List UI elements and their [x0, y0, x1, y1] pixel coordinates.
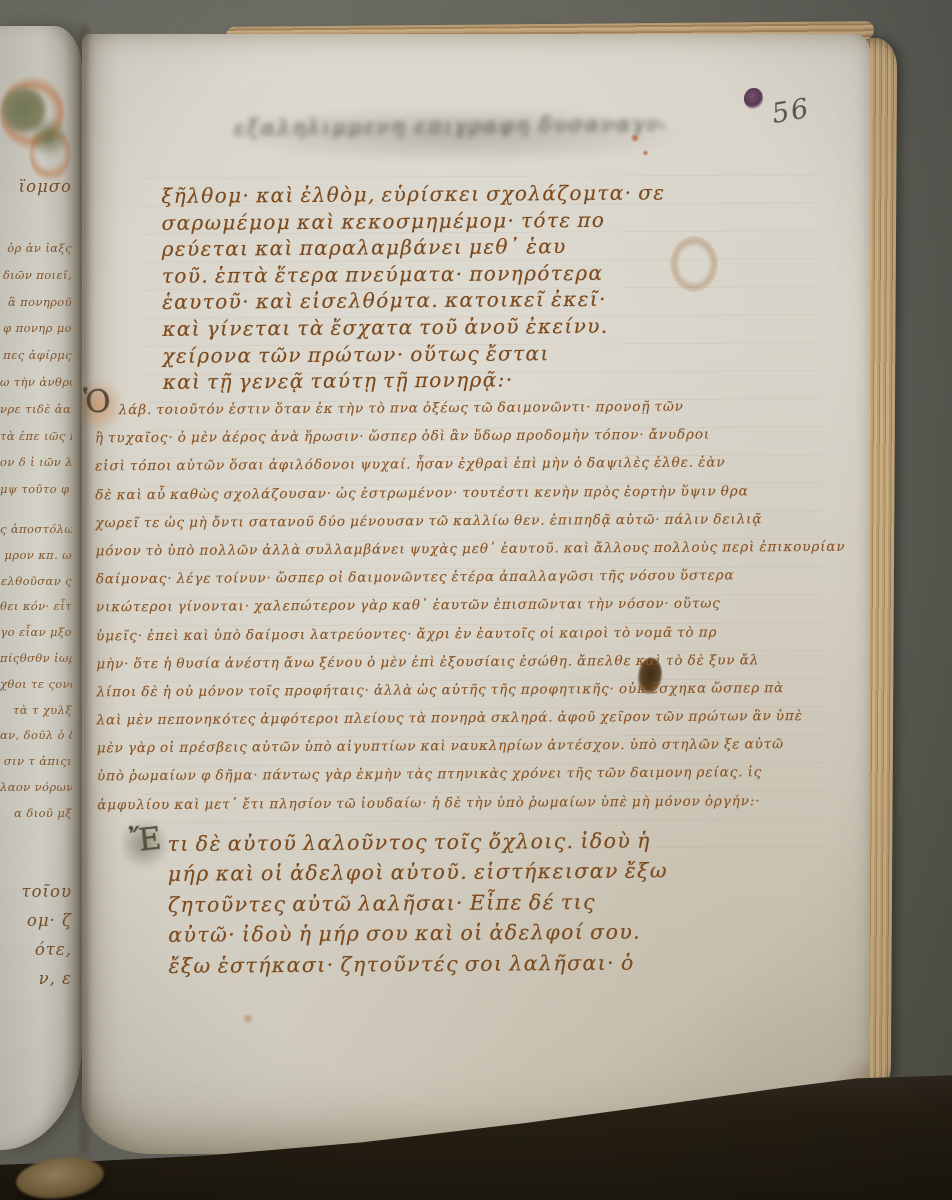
facing-page-text-fragment: χθοι τε ςονότι [0, 672, 72, 698]
decorated-initial-epsilon: Ἔ [128, 820, 163, 859]
facing-page-text-fragment: ϊομσο [0, 172, 72, 201]
facing-page-text-fragment: τὰ ἐπε ιῶς π [0, 423, 72, 450]
facing-page-text-fragment: γο εἶαν μξο [0, 620, 72, 646]
manuscript-page: εξαληλιμμενη επιγραφη δυσαναγνωστος τελο… [82, 34, 870, 1154]
facing-page-text-fragment: πες ἀφίρμς [0, 342, 72, 369]
facing-page-text-fragment: μρον κπ. ω [0, 543, 72, 569]
commentary-text-block: λάβ. τοιοῦτόν ἐστιν ὅταν ἐκ τὴν τὸ πνα ὀ… [95, 398, 866, 825]
gospel-line: ξῆλθομ· καὶ ἐλθὸμ, εὑρίσκει σχολάζομτα· … [161, 180, 701, 210]
facing-page-text-fragment: ν, ε [0, 964, 72, 993]
gospel-line: τοῦ. ἑπτὰ ἕτερα πνεύματα· πονηρότερα [162, 260, 702, 290]
purple-ink-blot [744, 88, 763, 109]
gospel-line: αὐτῶ· ἰδοὺ ἡ μήρ σου καὶ οἱ ἀδελφοί σου. [168, 919, 708, 953]
gospel-text-block-1: ξῆλθομ· καὶ ἐλθὸμ, εὑρίσκει σχολάζομτα· … [161, 180, 702, 397]
facing-page-text-fragment: διῶν ποιεῖ, [0, 262, 72, 289]
facing-page-text-fragment: νρε τιδὲ ἀατ [0, 396, 72, 423]
facing-page-text-fragment: τὰ τ χυλξ [0, 698, 72, 724]
facing-page-text-fragment: πίςθσθν ἰωρ [0, 646, 72, 672]
facing-page-text-fragment: ον δ ἰ ιῶν λν [0, 449, 72, 476]
gospel-text-block-2: τι δὲ αὐτοῦ λαλοῦντος τοῖς ὄχλοις. ἰδοὺ … [167, 828, 708, 984]
facing-page-text-fragment: ς ἀποστόλω [0, 517, 72, 543]
facing-page-text-fragment: φ πονηρ μο [0, 315, 72, 342]
folio-number: 56 [770, 93, 813, 130]
gospel-line: καὶ γίνεται τὰ ἔσχατα τοῦ ἀνοῦ ἐκείνυ. [162, 313, 702, 343]
facing-page-text-fragments: ϊομσο ὁρ ἀν ἰαξς διῶν ποιεῖ, ἃ πονηροῦ φ… [0, 172, 72, 1032]
gospel-line: ἔξω ἑστήκασι· ζητοῦντές σοι λαλῆσαι· ὁ [168, 950, 708, 984]
gospel-line: τι δὲ αὐτοῦ λαλοῦντος τοῖς ὄχλοις. ἰδοὺ … [167, 828, 707, 862]
gospel-line: καὶ τῇ γενεᾷ ταύτῃ τῇ πονηρᾷ:· [163, 366, 703, 396]
facing-page-text-fragment: ότε, [0, 935, 72, 964]
facing-page-text-fragment: ὁρ ἀν ἰαξς [0, 235, 72, 262]
facing-page-text-fragment: ἃ πονηροῦ [0, 289, 72, 316]
facing-page-text-fragment: τοῖου [0, 877, 72, 906]
foxing-spot [242, 1014, 254, 1023]
facing-page-text-fragment: μψ τοῦτο φ κη [0, 476, 72, 503]
manuscript-photo: { "manuscript": { "folio_number": "56", … [0, 0, 952, 1200]
gospel-line: σαρωμέμομ καὶ κεκοσμημέμομ· τότε πο [161, 207, 701, 237]
gutter-shadow [76, 26, 92, 1154]
gospel-line: ζητοῦντες αὐτῶ λαλῆσαι· Εἶπε δέ τις [168, 889, 708, 923]
facing-page-text-fragment: α διοῦ μξ [0, 801, 72, 827]
facing-page-text-fragment: θει κόν· εἶτα [0, 594, 72, 620]
erased-heading-text: εξαληλιμμενη επιγραφη δυσαναγνωστος τελο… [234, 112, 664, 165]
gospel-line: ἑαυτοῦ· καὶ εἰσελθόμτα. κατοικεῖ ἐκεῖ· [162, 286, 702, 316]
foxing-spot [630, 134, 640, 142]
facing-page-text-fragment: σιν τ ἀπιςι [0, 749, 72, 775]
mold-stain-green [32, 114, 66, 160]
foxing-spot [642, 150, 649, 156]
commentary-line: ἀμφυλίου καὶ μετ᾽ ἔτι πλησίον τῶ ἰουδαίω… [97, 792, 865, 825]
gospel-line: ρεύεται καὶ παραλαμβάνει μεθ᾽ ἑαυ [162, 233, 702, 263]
facing-page-text-fragment: ομ· ζ [0, 906, 72, 935]
gospel-line: χείρονα τῶν πρώτων· οὕτως ἔσται [162, 340, 702, 370]
gospel-line: μήρ καὶ οἱ ἀδελφοὶ αὐτοῦ. εἱστήκεισαν ἔξ… [168, 859, 708, 893]
facing-page-text-fragment: αν, δοῦλ ὁ δὲ κ [0, 723, 72, 749]
facing-page-text-fragment: λαον νόρων [0, 775, 72, 801]
facing-page-text-fragment: ελθοῦσαν ς [0, 569, 72, 595]
facing-page-text-fragment: ω τὴν ἀνθρω [0, 369, 72, 396]
